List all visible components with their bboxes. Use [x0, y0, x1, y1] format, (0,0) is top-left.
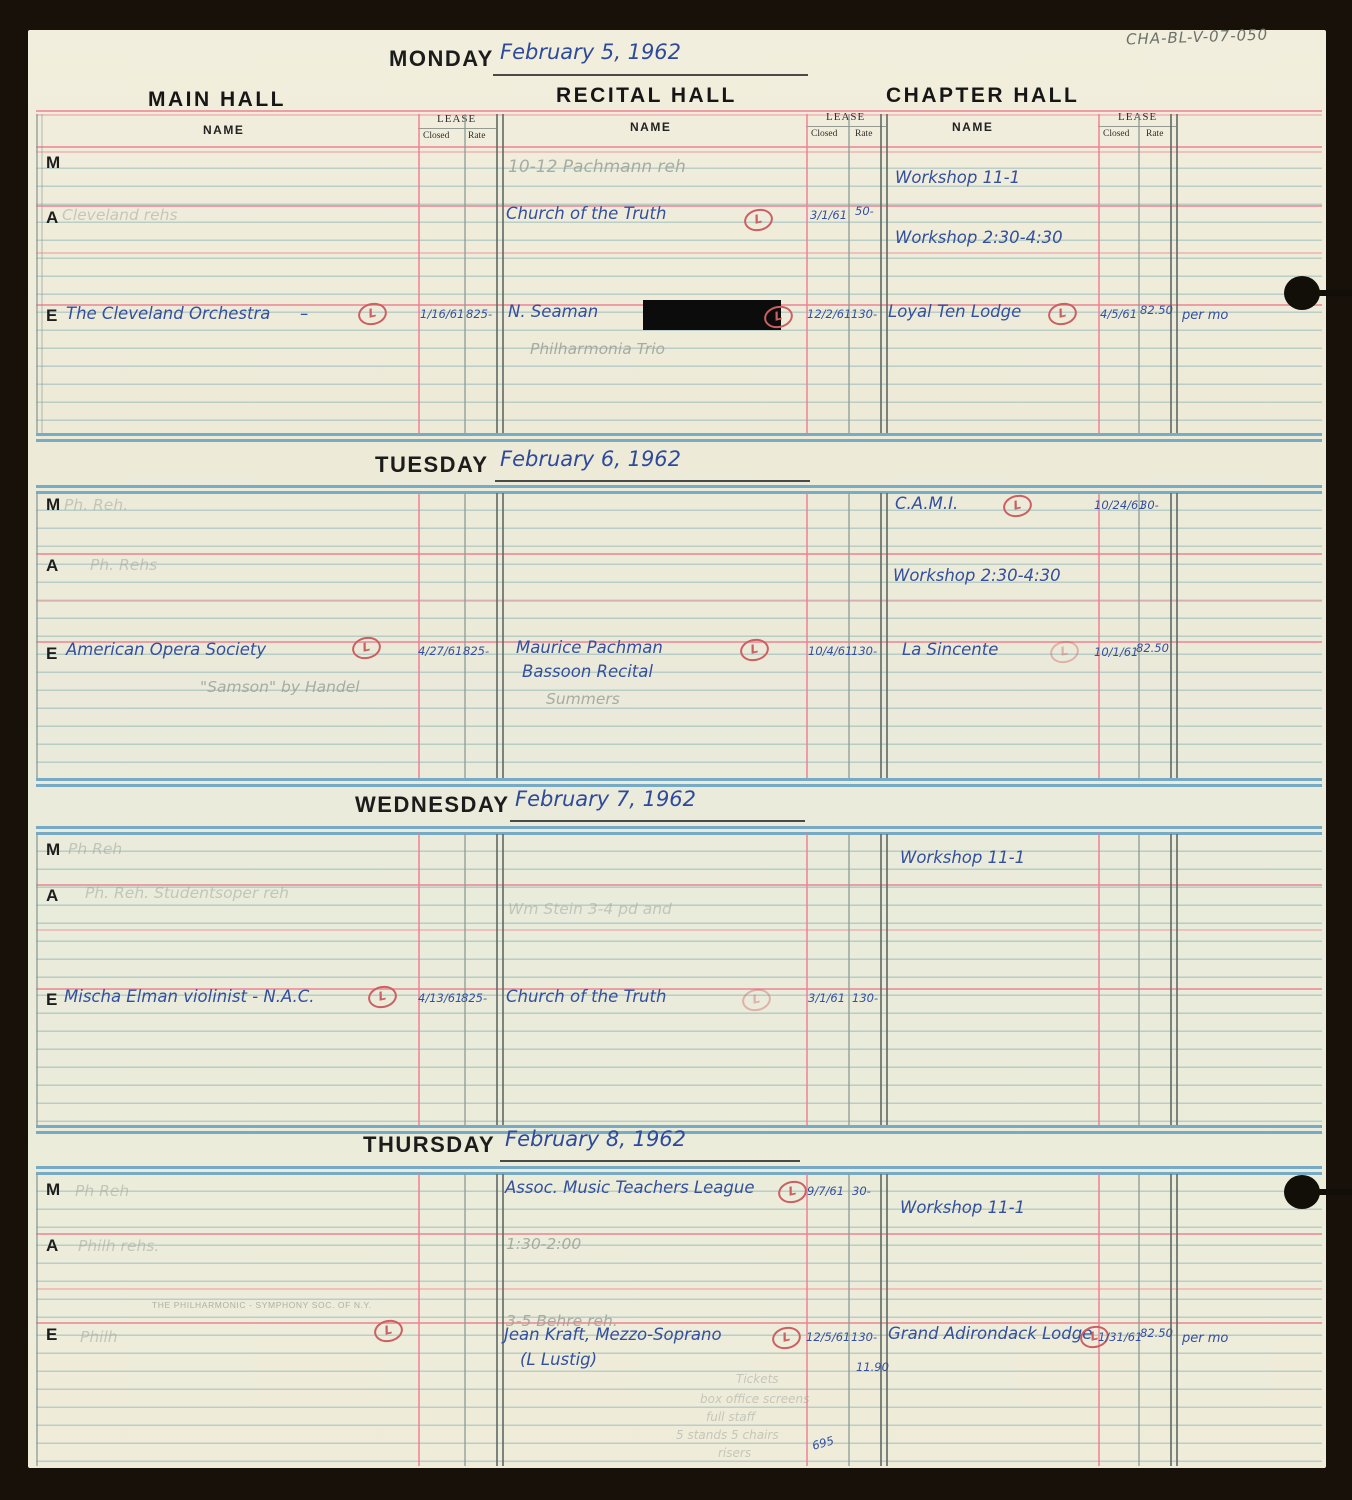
grid-monday: [36, 151, 1322, 433]
col-header-name-chapter: NAME: [952, 120, 993, 134]
entry-note: 1:30-2:00: [506, 1235, 581, 1253]
date-underline: [493, 74, 808, 76]
day-date-monday: February 5, 1962: [500, 40, 681, 64]
hall-title-main: MAIN HALL: [148, 88, 286, 112]
col-line: [880, 493, 882, 778]
entry-pencil-list-item: Tickets: [736, 1372, 779, 1386]
entry-name: Assoc. Music Teachers League: [505, 1178, 754, 1197]
entry-closed-date: 10/1/61: [1094, 645, 1138, 659]
entry-name: Mischa Elman violinist - N.A.C.: [64, 987, 315, 1006]
entry-rate: 82.50: [1136, 641, 1169, 655]
entry-rate-extra: 11.90: [856, 1360, 889, 1374]
row-line: [36, 1288, 1322, 1290]
entry-note: Cleveland rehs: [62, 206, 178, 224]
grid-wednesday: [36, 834, 1322, 1125]
hall-title-recital: RECITAL HALL: [556, 84, 737, 108]
col-line: [1170, 834, 1172, 1125]
col-line: [1138, 834, 1140, 1125]
col-line: [1170, 1174, 1172, 1466]
col-line: [1176, 834, 1178, 1125]
entry-name: American Opera Society: [66, 640, 266, 659]
entry-rate: 825-: [463, 644, 489, 658]
row-label: A: [46, 1236, 58, 1256]
entry-name: Maurice Pachman: [516, 638, 663, 657]
entry-pencil-list-item: full staff: [706, 1410, 755, 1424]
grid-tuesday: [36, 493, 1322, 778]
entry-closed-date: 12/2/61: [807, 307, 851, 321]
col-line: [848, 1174, 850, 1466]
entry-name: Church of the Truth: [506, 204, 666, 223]
col-header-rate-chapter: Rate: [1146, 129, 1163, 139]
section-separator: [36, 826, 1322, 829]
col-line: [880, 1174, 882, 1466]
row-label: M: [46, 1180, 60, 1200]
entry-name: Workshop 11-1: [895, 168, 1020, 187]
entry-name: Loyal Ten Lodge: [888, 302, 1021, 321]
col-line: [1138, 114, 1140, 433]
philharmonic-stamp: THE PHILHARMONIC - SYMPHONY SOC. OF N.Y.: [152, 1300, 372, 1310]
col-line: [36, 114, 38, 433]
entry-name: N. Seaman: [508, 302, 598, 321]
col-line: [886, 493, 888, 778]
col-line: [806, 493, 808, 778]
col-line: [496, 493, 498, 778]
day-date-tuesday: February 6, 1962: [500, 447, 681, 471]
entry-note: Summers: [546, 690, 620, 708]
col-line: [848, 114, 850, 433]
col-header-name-main: NAME: [203, 123, 244, 137]
col-line: [880, 834, 882, 1125]
row-label: A: [46, 556, 58, 576]
entry-rate: 82.50: [1140, 1326, 1173, 1340]
entry-rate: 130-: [852, 991, 878, 1005]
col-header-name-recital: NAME: [630, 120, 671, 134]
entry-rate: 130-: [851, 1330, 877, 1344]
entry-pencil-list-item: risers: [718, 1446, 751, 1460]
col-line: [418, 114, 420, 433]
section-separator: [36, 491, 1322, 494]
col-line: [1098, 493, 1100, 778]
entry-note: 10-12 Pachmann reh: [508, 157, 686, 177]
entry-note: Ph Reh: [75, 1182, 129, 1200]
entry-rate-unit: per mo: [1182, 308, 1228, 323]
hall-title-chapter: CHAPTER HALL: [886, 84, 1079, 108]
row-label: A: [46, 208, 58, 228]
entry-name: Workshop 11-1: [900, 848, 1025, 867]
entry-name: La Sincente: [902, 640, 998, 659]
col-line: [806, 1174, 808, 1466]
entry-rate: 130-: [851, 307, 877, 321]
entry-name: Church of the Truth: [506, 987, 666, 1006]
col-line: [880, 114, 882, 433]
col-line: [1098, 834, 1100, 1125]
entry-rate: 30-: [852, 1184, 871, 1198]
row-line: [36, 252, 1322, 254]
col-line: [806, 114, 808, 433]
col-header-lease-main: LEASE: [437, 113, 476, 125]
day-date-wednesday: February 7, 1962: [515, 787, 696, 811]
day-title-thursday: THURSDAY: [363, 1132, 495, 1158]
row-line: [36, 205, 1322, 207]
date-underline: [495, 480, 810, 482]
col-line: [464, 1174, 466, 1466]
rule-line: [36, 146, 1322, 148]
entry-closed-date: 1/16/61: [420, 307, 464, 321]
col-line: [1176, 493, 1178, 778]
col-line: [1098, 1174, 1100, 1466]
col-line: [1138, 1174, 1140, 1466]
entry-pencil-list-item: box office screens: [700, 1392, 809, 1406]
entry-name: The Cleveland Orchestra: [66, 304, 270, 323]
entry-rate: 30-: [1140, 498, 1159, 512]
entry-closed-date: 9/7/61: [807, 1184, 844, 1198]
day-title-monday: MONDAY: [389, 46, 494, 72]
row-line: [36, 1322, 1322, 1324]
entry-closed-date: 3/1/61: [810, 208, 847, 222]
row-label: E: [46, 990, 57, 1010]
col-line: [418, 1174, 420, 1466]
col-line: [1098, 114, 1100, 433]
entry-note: "Samson" by Handel: [200, 678, 360, 696]
col-header-lease-recital: LEASE: [826, 111, 865, 123]
col-line: [1170, 493, 1172, 778]
entry-rate: 130-: [851, 644, 877, 658]
row-line: [36, 1233, 1322, 1235]
col-header-closed-recital: Closed: [811, 129, 837, 139]
col-line: [36, 834, 38, 1125]
col-line: [806, 834, 808, 1125]
entry-name: Workshop 11-1: [900, 1198, 1025, 1217]
col-line: [418, 493, 420, 778]
entry-rate-unit: per mo: [1182, 1331, 1228, 1346]
entry-name: Grand Adirondack Lodge: [888, 1324, 1092, 1343]
entry-name: Workshop 2:30-4:30: [893, 566, 1061, 585]
day-date-thursday: February 8, 1962: [505, 1127, 686, 1151]
entry-closed-date: 10/24/61: [1094, 498, 1146, 512]
entry-rate: 82.50: [1140, 303, 1173, 317]
col-line: [464, 834, 466, 1125]
col-header-rate-recital: Rate: [855, 129, 872, 139]
col-line: [1170, 114, 1172, 433]
entry-name-line2: Bassoon Recital: [522, 662, 653, 681]
col-line: [464, 493, 466, 778]
lease-box-rule: [418, 128, 496, 129]
col-line: [1176, 114, 1178, 433]
entry-note: Philh: [80, 1328, 118, 1346]
entry-pencil-list-item: 5 stands 5 chairs: [676, 1428, 779, 1442]
col-line: [496, 114, 498, 433]
col-header-closed-chapter: Closed: [1103, 129, 1129, 139]
section-separator: [36, 439, 1322, 442]
redaction-box: [643, 300, 781, 330]
col-header-rate-main: Rate: [468, 131, 485, 141]
entry-name-line2: (L Lustig): [520, 1350, 597, 1369]
entry-rate: 825-: [466, 307, 492, 321]
col-line: [1176, 1174, 1178, 1466]
col-line: [848, 834, 850, 1125]
entry-closed-date: 4/13/61: [418, 991, 462, 1005]
day-title-tuesday: TUESDAY: [375, 452, 489, 478]
col-line: [418, 834, 420, 1125]
row-label: A: [46, 886, 58, 906]
col-line: [886, 834, 888, 1125]
entry-note: Ph. Rehs: [90, 556, 157, 574]
row-line: [36, 929, 1322, 931]
section-separator: [36, 832, 1322, 835]
col-line: [496, 1174, 498, 1466]
entry-rate: 825-: [461, 991, 487, 1005]
row-label: E: [46, 306, 57, 326]
col-line: [36, 1174, 38, 1466]
col-line: [502, 834, 504, 1125]
row-label: E: [46, 644, 57, 664]
entry-note: Philharmonia Trio: [530, 340, 665, 358]
col-line: [886, 1174, 888, 1466]
col-line: [848, 493, 850, 778]
row-label: E: [46, 1325, 57, 1345]
entry-dash: –: [300, 304, 308, 323]
entry-name: Workshop 2:30-4:30: [895, 228, 1063, 247]
entry-rate: 50-: [855, 204, 874, 218]
col-line: [502, 1174, 504, 1466]
col-line: [464, 114, 466, 433]
entry-closed-date: 4/27/61: [418, 644, 462, 658]
entry-note: Ph. Reh. Studentsoper reh: [85, 884, 289, 902]
entry-note: Ph Reh: [68, 840, 122, 858]
section-separator: [36, 1172, 1322, 1175]
col-line: [502, 493, 504, 778]
row-label: M: [46, 153, 60, 173]
col-header-closed-main: Closed: [423, 131, 449, 141]
section-separator: [36, 485, 1322, 488]
section-separator: [36, 433, 1322, 436]
row-label: M: [46, 495, 60, 515]
scanned-ledger-page: { "archive_code": "CHA-BL-V-07-050", "fo…: [0, 0, 1352, 1500]
entry-note: Ph. Reh.: [64, 496, 128, 514]
col-line: [502, 114, 504, 433]
entry-note: Philh rehs.: [78, 1237, 159, 1255]
entry-closed-date: 4/5/61: [1100, 307, 1137, 321]
row-line: [36, 553, 1322, 555]
col-line: [36, 493, 38, 778]
col-line: [886, 114, 888, 433]
entry-name: Jean Kraft, Mezzo-Soprano: [504, 1325, 722, 1344]
hole-punch-slot: [1314, 1189, 1352, 1195]
row-line: [36, 600, 1322, 602]
hole-punch-slot: [1314, 290, 1352, 296]
entry-closed-date: 1/31/61: [1098, 1330, 1142, 1344]
entry-note: Wm Stein 3-4 pd and: [508, 900, 672, 918]
date-underline: [500, 1160, 800, 1162]
date-underline: [510, 820, 805, 822]
grid-thursday: [36, 1174, 1322, 1466]
day-title-wednesday: WEDNESDAY: [355, 792, 510, 818]
entry-closed-date: 12/5/61: [806, 1330, 850, 1344]
section-separator: [36, 1166, 1322, 1169]
lease-box-rule: [806, 126, 886, 127]
entry-closed-date: 10/4/61: [808, 644, 852, 658]
lease-box-rule: [1098, 126, 1176, 127]
row-label: M: [46, 840, 60, 860]
col-line: [1138, 493, 1140, 778]
section-separator: [36, 778, 1322, 781]
col-line: [496, 834, 498, 1125]
entry-closed-date: 3/1/61: [808, 991, 845, 1005]
entry-name: C.A.M.I.: [895, 494, 958, 513]
col-line: [41, 114, 43, 433]
